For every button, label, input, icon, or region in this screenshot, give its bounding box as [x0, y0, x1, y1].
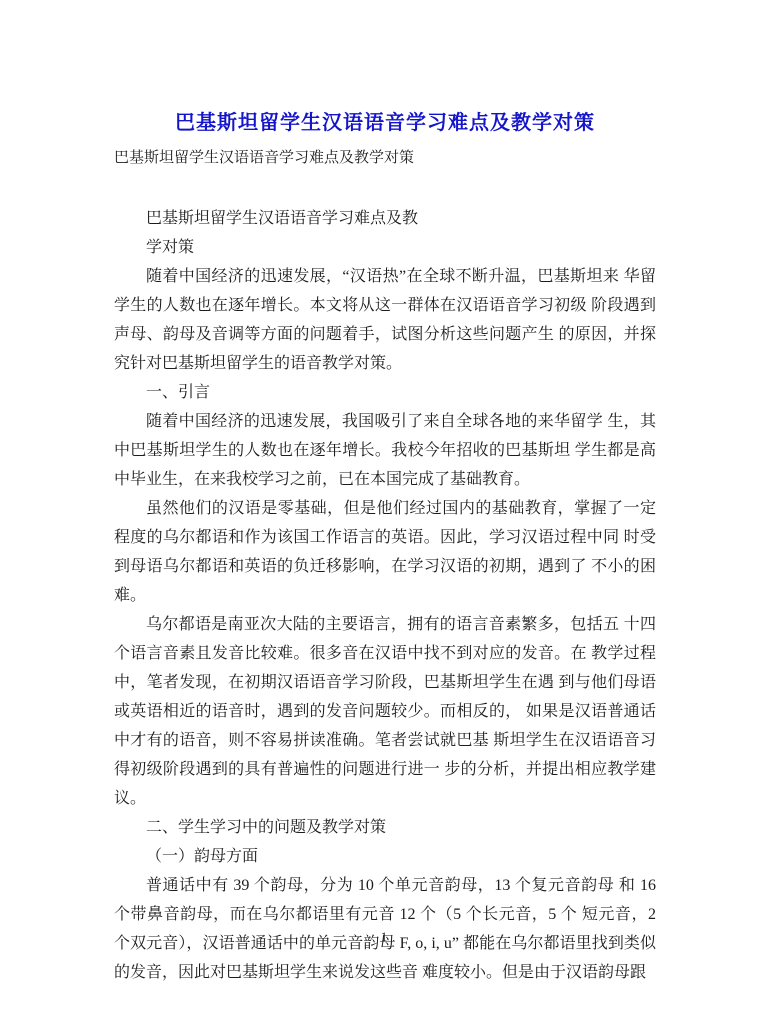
paragraph: 随着中国经济的迅速发展，“汉语热”在全球不断升温，巴基斯坦来 华留学生的人数也在… — [114, 262, 656, 378]
document-content: 巴基斯坦留学生汉语语音学习难点及教学对策 巴基斯坦留学生汉语语音学习难点及教学对… — [114, 108, 656, 987]
intro-heading-line: 巴基斯坦留学生汉语语音学习难点及教 — [114, 204, 656, 233]
section-heading: 二、学生学习中的问题及教学对策 — [114, 813, 656, 842]
document-page: 巴基斯坦留学生汉语语音学习难点及教学对策 巴基斯坦留学生汉语语音学习难点及教学对… — [0, 0, 768, 1024]
document-body: 巴基斯坦留学生汉语语音学习难点及教 学对策 随着中国经济的迅速发展，“汉语热”在… — [114, 204, 656, 987]
document-subtitle: 巴基斯坦留学生汉语语音学习难点及教学对策 — [114, 146, 656, 170]
page-number: 1 — [0, 928, 768, 946]
intro-heading-line: 学对策 — [114, 233, 656, 262]
section-heading: 一、引言 — [114, 378, 656, 407]
subsection-heading: （一）韵母方面 — [114, 842, 656, 871]
paragraph: 虽然他们的汉语是零基础，但是他们经过国内的基础教育，掌握了一定 程度的乌尔都语和… — [114, 494, 656, 610]
paragraph: 随着中国经济的迅速发展，我国吸引了来自全球各地的来华留学 生，其中巴基斯坦学生的… — [114, 407, 656, 494]
document-title: 巴基斯坦留学生汉语语音学习难点及教学对策 — [114, 108, 656, 138]
paragraph: 乌尔都语是南亚次大陆的主要语言，拥有的语言音素繁多，包括五 十四个语言音素且发音… — [114, 610, 656, 813]
